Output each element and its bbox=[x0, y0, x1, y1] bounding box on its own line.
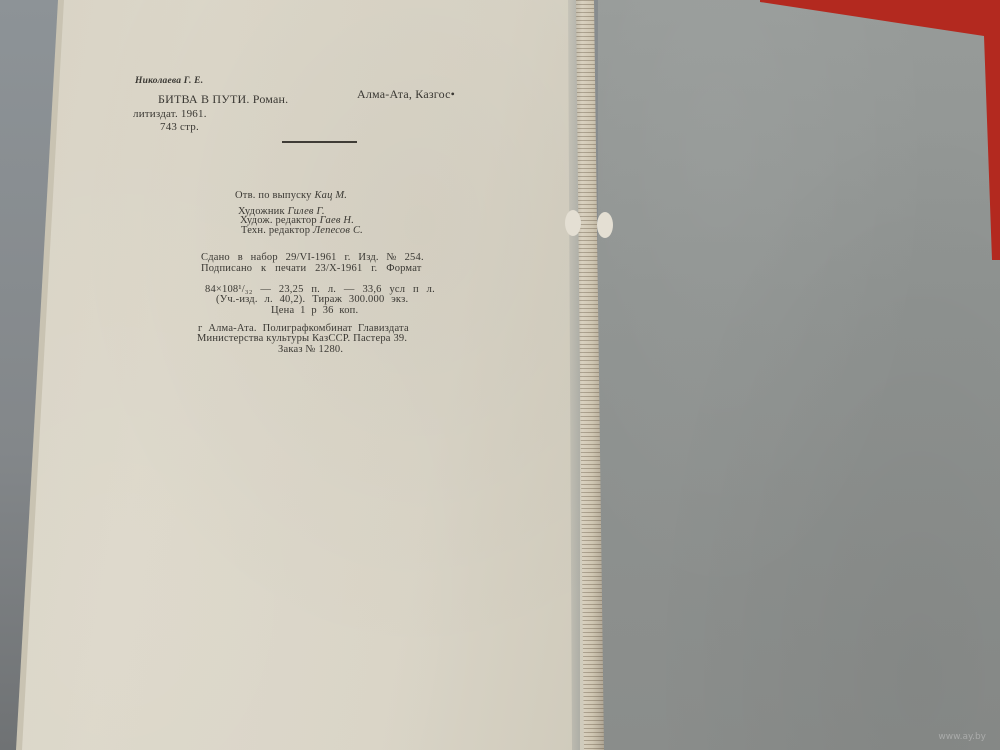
endpaper-right bbox=[598, 0, 1000, 750]
page-count: 743 стр. bbox=[160, 121, 199, 133]
publication-line: (Уч.-изд. л. 40,2). Тираж 300.000 экз. bbox=[216, 294, 408, 305]
credit-name: Лепесов С. bbox=[313, 225, 363, 236]
imprint-text-block: Николаева Г. Е. БИТВА В ПУТИ. Роман. Алм… bbox=[0, 0, 600, 750]
watermark: www.ay.by bbox=[938, 732, 986, 742]
book-photo: Николаева Г. Е. БИТВА В ПУТИ. Роман. Алм… bbox=[0, 0, 1000, 750]
divider-rule bbox=[282, 141, 357, 143]
credit-label: Техн. редактор bbox=[241, 225, 313, 236]
credit-tech-editor: Техн. редактор Лепесов С. bbox=[241, 225, 363, 236]
credit-name: Кац М. bbox=[314, 190, 347, 201]
order-number: Заказ № 1280. bbox=[278, 344, 343, 355]
author-name: Николаева Г. Е. bbox=[135, 76, 203, 86]
publication-line: Подписано к печати 23/X-1961 г. Формат bbox=[201, 263, 422, 274]
credit-responsible: Отв. по выпуску Кац М. bbox=[235, 190, 347, 201]
publisher-line-2: литиздат. 1961. bbox=[133, 108, 207, 120]
publisher-line-1: Алма-Ата, Казгос• bbox=[357, 87, 455, 102]
book-title: БИТВА В ПУТИ. Роман. bbox=[158, 92, 288, 107]
publication-line: Сдано в набор 29/VI-1961 г. Изд. № 254. bbox=[201, 252, 424, 263]
credit-label: Отв. по выпуску bbox=[235, 190, 314, 201]
printer-line: Министерства культуры КазССР. Пастера 39… bbox=[197, 333, 407, 344]
price-line: Цена 1 р 36 коп. bbox=[271, 305, 358, 316]
